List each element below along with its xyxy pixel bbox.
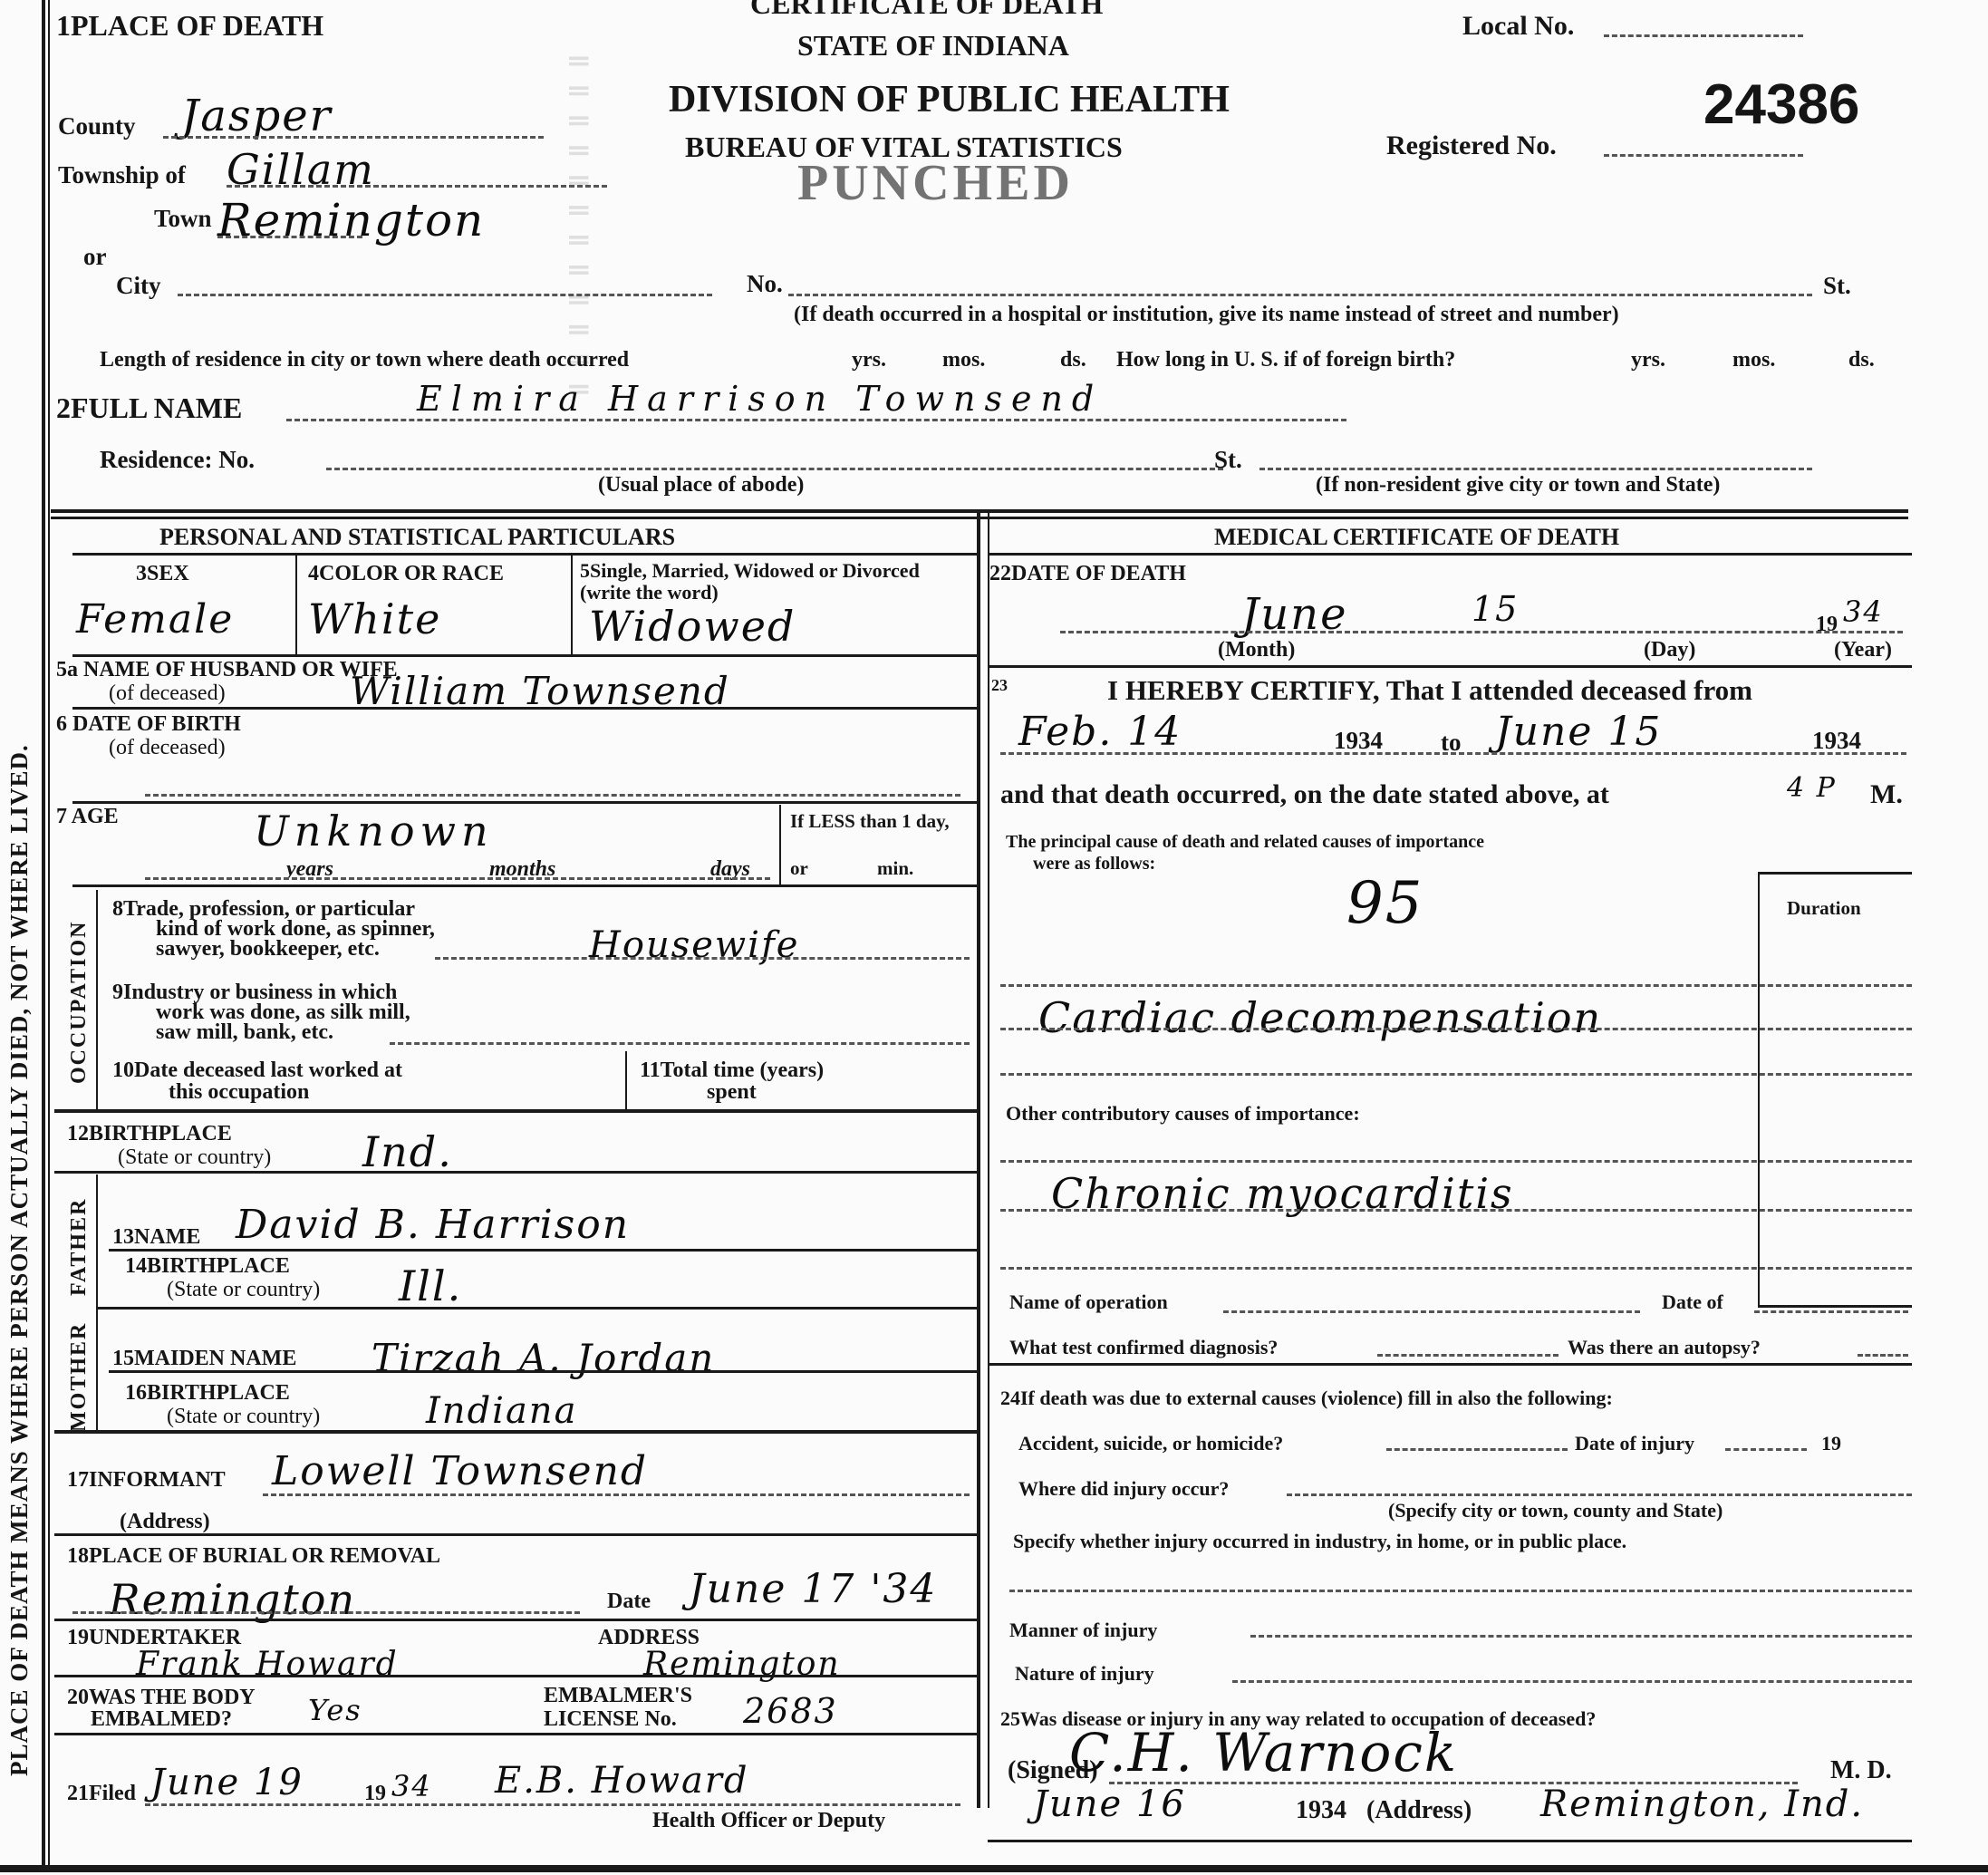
residence-length-label: Length of residence in city or town wher… <box>100 348 629 372</box>
cause-line-3 <box>1000 1073 1912 1076</box>
father-side-label: FATHER <box>67 1198 92 1296</box>
specify-place-label: Specify whether injury occurred in indus… <box>1013 1530 1626 1553</box>
marital-value[interactable]: Widowed <box>589 602 796 651</box>
signed-year: 1934 <box>1296 1796 1346 1825</box>
injury-date-label: Date of injury <box>1575 1432 1694 1455</box>
mother-name-value[interactable]: Tirzah A. Jordan <box>372 1336 715 1380</box>
nature-field[interactable] <box>1232 1680 1912 1683</box>
dod-label: 22DATE OF DEATH <box>989 562 1186 586</box>
autopsy-label: Was there an autopsy? <box>1568 1336 1761 1359</box>
specify-place-field[interactable] <box>1009 1590 1912 1592</box>
contrib-line-1 <box>1000 1160 1912 1163</box>
division-title: DIVISION OF PUBLIC HEALTH <box>669 78 1230 121</box>
center-divider <box>977 512 980 1808</box>
burial-date-value[interactable]: June 17 '34 <box>689 1566 937 1612</box>
state-title: STATE OF INDIANA <box>797 29 1069 63</box>
year-caption: (Year) <box>1834 638 1892 662</box>
county-label: County <box>58 112 136 140</box>
place-of-death-heading: 1PLACE OF DEATH <box>56 9 323 43</box>
full-name-value[interactable]: Elmira Harrison Townsend <box>417 379 1103 419</box>
day-caption: (Day) <box>1644 638 1695 662</box>
embalmed-label-2: EMBALMED? <box>91 1707 232 1732</box>
rule <box>72 707 977 710</box>
residence-label: Residence: No. <box>100 446 255 474</box>
registered-no-value: 24386 <box>1703 72 1859 137</box>
dod-underline <box>1060 631 1903 633</box>
street-underline <box>788 294 1812 296</box>
or-label: or <box>83 243 106 271</box>
cause-label-2: were as follows: <box>1033 854 1155 875</box>
rule <box>109 1249 977 1252</box>
injury-date-field[interactable] <box>1725 1448 1807 1451</box>
registered-no-field[interactable] <box>1604 154 1803 157</box>
age-label: 7 AGE <box>56 805 119 829</box>
address-label: (Address) <box>1366 1796 1472 1825</box>
license-label-1: EMBALMER'S <box>544 1684 692 1708</box>
cause-line-2 <box>1000 1028 1912 1030</box>
town-label: Town <box>154 205 212 233</box>
rule <box>54 1533 977 1536</box>
rule <box>54 1675 977 1677</box>
filed-underline <box>145 1803 960 1806</box>
city-label: City <box>116 272 161 300</box>
margin-note: PLACE OF DEATH MEANS WHERE PERSON ACTUAL… <box>5 744 34 1776</box>
city-underline <box>178 294 712 296</box>
test-field[interactable] <box>1377 1354 1559 1357</box>
death-time-text: and that death occurred, on the date sta… <box>1000 779 1609 810</box>
accident-field[interactable] <box>1386 1448 1568 1451</box>
mother-bp-value[interactable]: Indiana <box>426 1390 577 1432</box>
attended-underline <box>1000 752 1906 755</box>
specify-city-note: (Specify city or town, county and State) <box>1388 1499 1723 1522</box>
certificate-title: CERTIFICATE OF DEATH <box>750 0 1103 21</box>
certify-text: I HEREBY CERTIFY, That I attended deceas… <box>1107 674 1752 707</box>
age-underline <box>145 877 770 880</box>
rule <box>54 1733 977 1735</box>
license-label-2: LICENSE No. <box>544 1707 677 1732</box>
last-worked-label-2: this occupation <box>169 1080 309 1105</box>
foreign-ds: ds. <box>1848 348 1875 372</box>
duration-bottom-rule <box>1758 1305 1912 1308</box>
foreign-mos: mos. <box>1732 348 1775 372</box>
race-value[interactable]: White <box>308 594 441 643</box>
where-field[interactable] <box>1287 1493 1912 1496</box>
sex-value[interactable]: Female <box>76 596 234 643</box>
filed-signature[interactable]: E.B. Howard <box>495 1760 749 1802</box>
father-bp-label: 14BIRTHPLACE <box>125 1254 290 1279</box>
external-label: 24If death was due to external causes (v… <box>1000 1387 1613 1410</box>
foreign-yrs: yrs. <box>1631 348 1665 372</box>
informant-label: 17INFORMANT <box>67 1468 226 1493</box>
rule <box>72 654 977 657</box>
foreign-label: How long in U. S. if of foreign birth? <box>1116 348 1455 372</box>
death-time-value[interactable]: 4 P <box>1787 772 1837 804</box>
parents-divider <box>96 1174 98 1430</box>
township-underline <box>227 185 607 188</box>
trade-underline <box>435 957 970 960</box>
rule <box>988 1840 1912 1842</box>
rule <box>96 1307 977 1310</box>
residence-st: St. <box>1214 446 1242 474</box>
mother-name-label: 15MAIDEN NAME <box>112 1347 296 1371</box>
father-name-label: 13NAME <box>112 1225 200 1250</box>
nature-label: Nature of injury <box>1015 1662 1154 1686</box>
father-bp-value[interactable]: Ill. <box>399 1261 462 1310</box>
attended-to-year: 1934 <box>1812 727 1861 755</box>
street-no-label: No. <box>747 270 783 298</box>
autopsy-field[interactable] <box>1858 1354 1908 1357</box>
mother-bp-sub: (State or country) <box>167 1405 320 1429</box>
mother-bp-label: 16BIRTHPLACE <box>125 1381 290 1406</box>
occupation-side-label: OCCUPATION <box>67 921 92 1084</box>
rule <box>988 1363 1912 1366</box>
mother-side-label: MOTHER <box>67 1322 92 1432</box>
informant-value[interactable]: Lowell Townsend <box>272 1448 648 1494</box>
full-name-label: 2FULL NAME <box>56 391 242 425</box>
dod-day[interactable]: 15 <box>1472 589 1519 629</box>
attended-from-year: 1934 <box>1334 727 1383 755</box>
filed-label: 21Filed <box>67 1782 136 1806</box>
lessday-min: min. <box>877 857 913 880</box>
residence-city-underline <box>1259 468 1812 470</box>
test-label: What test confirmed diagnosis? <box>1009 1336 1278 1359</box>
cause-age-note: 95 <box>1346 870 1423 937</box>
operation-date-field[interactable] <box>1754 1310 1908 1313</box>
town-value[interactable]: Remington <box>217 194 485 246</box>
rule <box>72 801 977 804</box>
trade-label-3: sawyer, bookkeeper, etc. <box>156 937 380 962</box>
industry-label-3: saw mill, bank, etc. <box>156 1020 333 1045</box>
residence-mos: mos. <box>942 348 985 372</box>
contributory-label: Other contributory causes of importance: <box>1006 1102 1360 1126</box>
license-value[interactable]: 2683 <box>743 1691 838 1731</box>
death-time-suffix: M. <box>1870 779 1903 810</box>
frame-left <box>42 0 45 1867</box>
abode-note: (Usual place of abode) <box>598 473 804 498</box>
registered-no-label: Registered No. <box>1386 130 1557 161</box>
informant-underline <box>263 1493 970 1496</box>
rule <box>54 1109 977 1113</box>
month-caption: (Month) <box>1218 638 1295 662</box>
filed-date[interactable]: June 19 <box>150 1762 304 1803</box>
filed-year[interactable]: 34 <box>391 1769 432 1803</box>
col-divider <box>625 1051 627 1109</box>
hospital-note: (If death occurred in a hospital or inst… <box>794 303 1619 327</box>
principal-cause[interactable]: Cardiac decompensation <box>1038 993 1602 1042</box>
certify-num: 23 <box>991 676 1008 695</box>
local-no-field[interactable] <box>1604 34 1803 37</box>
rule <box>54 1171 977 1174</box>
col-divider <box>571 555 573 654</box>
col-divider <box>779 805 781 884</box>
rule <box>109 1370 977 1373</box>
birthplace-value[interactable]: Ind. <box>362 1127 453 1176</box>
personal-section-title: PERSONAL AND STATISTICAL PARTICULARS <box>159 524 675 551</box>
father-name-value[interactable]: David B. Harrison <box>236 1202 630 1248</box>
lessday-label: If LESS than 1 day, <box>790 810 971 832</box>
duration-top-rule <box>1758 872 1912 875</box>
embalmed-value[interactable]: Yes <box>308 1693 362 1727</box>
where-label: Where did injury occur? <box>1018 1477 1229 1501</box>
cause-label-1: The principal cause of death and related… <box>1006 832 1484 853</box>
rule <box>54 1619 977 1621</box>
last-worked-label-1: 10Date deceased last worked at <box>112 1058 402 1083</box>
burial-value[interactable]: Remington <box>109 1575 356 1624</box>
col-divider <box>295 555 297 654</box>
operation-label: Name of operation <box>1009 1290 1168 1314</box>
accident-label: Accident, suicide, or homicide? <box>1018 1432 1283 1455</box>
rule <box>72 553 977 556</box>
county-value[interactable]: Jasper <box>181 91 333 141</box>
punched-stamp: PUNCHED <box>797 154 1074 212</box>
birthplace-sub: (State or country) <box>118 1145 271 1170</box>
attended-to[interactable]: June 15 <box>1495 709 1662 755</box>
rule <box>988 553 1912 556</box>
race-label: 4COLOR OR RACE <box>308 562 504 586</box>
burial-date-label: Date <box>607 1590 651 1614</box>
frame-bottom <box>0 1865 1988 1872</box>
local-no-label: Local No. <box>1462 11 1574 42</box>
age-value[interactable]: Unknown <box>254 807 494 855</box>
total-time-label-1: 11Total time (years) <box>640 1058 824 1083</box>
spouse-label: 5a NAME OF HUSBAND OR WIFE <box>56 658 398 682</box>
operation-date-label: Date of <box>1662 1290 1723 1314</box>
father-bp-sub: (State or country) <box>167 1278 320 1302</box>
street-st-label: St. <box>1823 272 1851 300</box>
town-underline <box>217 236 362 238</box>
duration-divider <box>1758 872 1760 1307</box>
injury-year: 19 <box>1821 1432 1841 1455</box>
dob-field[interactable] <box>145 794 960 797</box>
rule <box>54 1430 977 1434</box>
total-time-label-2: spent <box>707 1080 757 1105</box>
dob-sub: (of deceased) <box>109 736 226 760</box>
frame-left-inner <box>48 0 50 1867</box>
center-divider-2 <box>988 512 989 1808</box>
residence-ds: ds. <box>1060 348 1086 372</box>
contrib-line-2 <box>1000 1209 1912 1212</box>
industry-field[interactable] <box>390 1042 970 1045</box>
township-label: Township of <box>58 161 186 189</box>
burial-underline <box>72 1611 580 1614</box>
physician-signature[interactable]: C.H. Warnock <box>1069 1722 1458 1783</box>
trade-value[interactable]: Housewife <box>589 924 799 966</box>
dod-year[interactable]: 34 <box>1843 594 1884 629</box>
lessday-or: or <box>790 857 808 880</box>
contrib-line-3 <box>1000 1267 1912 1270</box>
informant-address-label: (Address) <box>120 1510 210 1534</box>
manner-label: Manner of injury <box>1009 1619 1157 1642</box>
burial-label: 18PLACE OF BURIAL OR REMOVAL <box>67 1544 440 1569</box>
marital-label: 5Single, Married, Widowed or Divorced (w… <box>580 560 970 604</box>
embalmed-label-1: 20WAS THE BODY <box>67 1686 256 1710</box>
md-label: M. D. <box>1830 1756 1892 1785</box>
dob-label: 6 DATE OF BIRTH <box>56 712 241 737</box>
spouse-sub: (of deceased) <box>109 681 226 706</box>
physician-address[interactable]: Remington, Ind. <box>1540 1783 1864 1825</box>
medical-section-title: MEDICAL CERTIFICATE OF DEATH <box>1214 524 1619 551</box>
residence-underline <box>326 468 1223 470</box>
county-underline <box>163 136 544 139</box>
health-officer-caption: Health Officer or Deputy <box>652 1809 885 1833</box>
manner-field[interactable] <box>1250 1635 1912 1638</box>
nonresident-note: (If non-resident give city or town and S… <box>1316 473 1720 498</box>
operation-field[interactable] <box>1223 1310 1640 1313</box>
occupation-divider <box>96 890 98 1109</box>
cause-line-1 <box>1000 984 1912 987</box>
birthplace-label: 12BIRTHPLACE <box>67 1122 232 1146</box>
attended-from[interactable]: Feb. 14 <box>1018 709 1182 755</box>
duration-label: Duration <box>1787 897 1861 920</box>
filed-year-prefix: 19 <box>364 1782 386 1806</box>
full-name-underline <box>286 419 1346 421</box>
sex-label: 3SEX <box>136 562 189 586</box>
signed-date[interactable]: June 16 <box>1033 1783 1186 1825</box>
residence-yrs: yrs. <box>852 348 886 372</box>
rule <box>72 884 977 887</box>
rule <box>988 665 1912 668</box>
